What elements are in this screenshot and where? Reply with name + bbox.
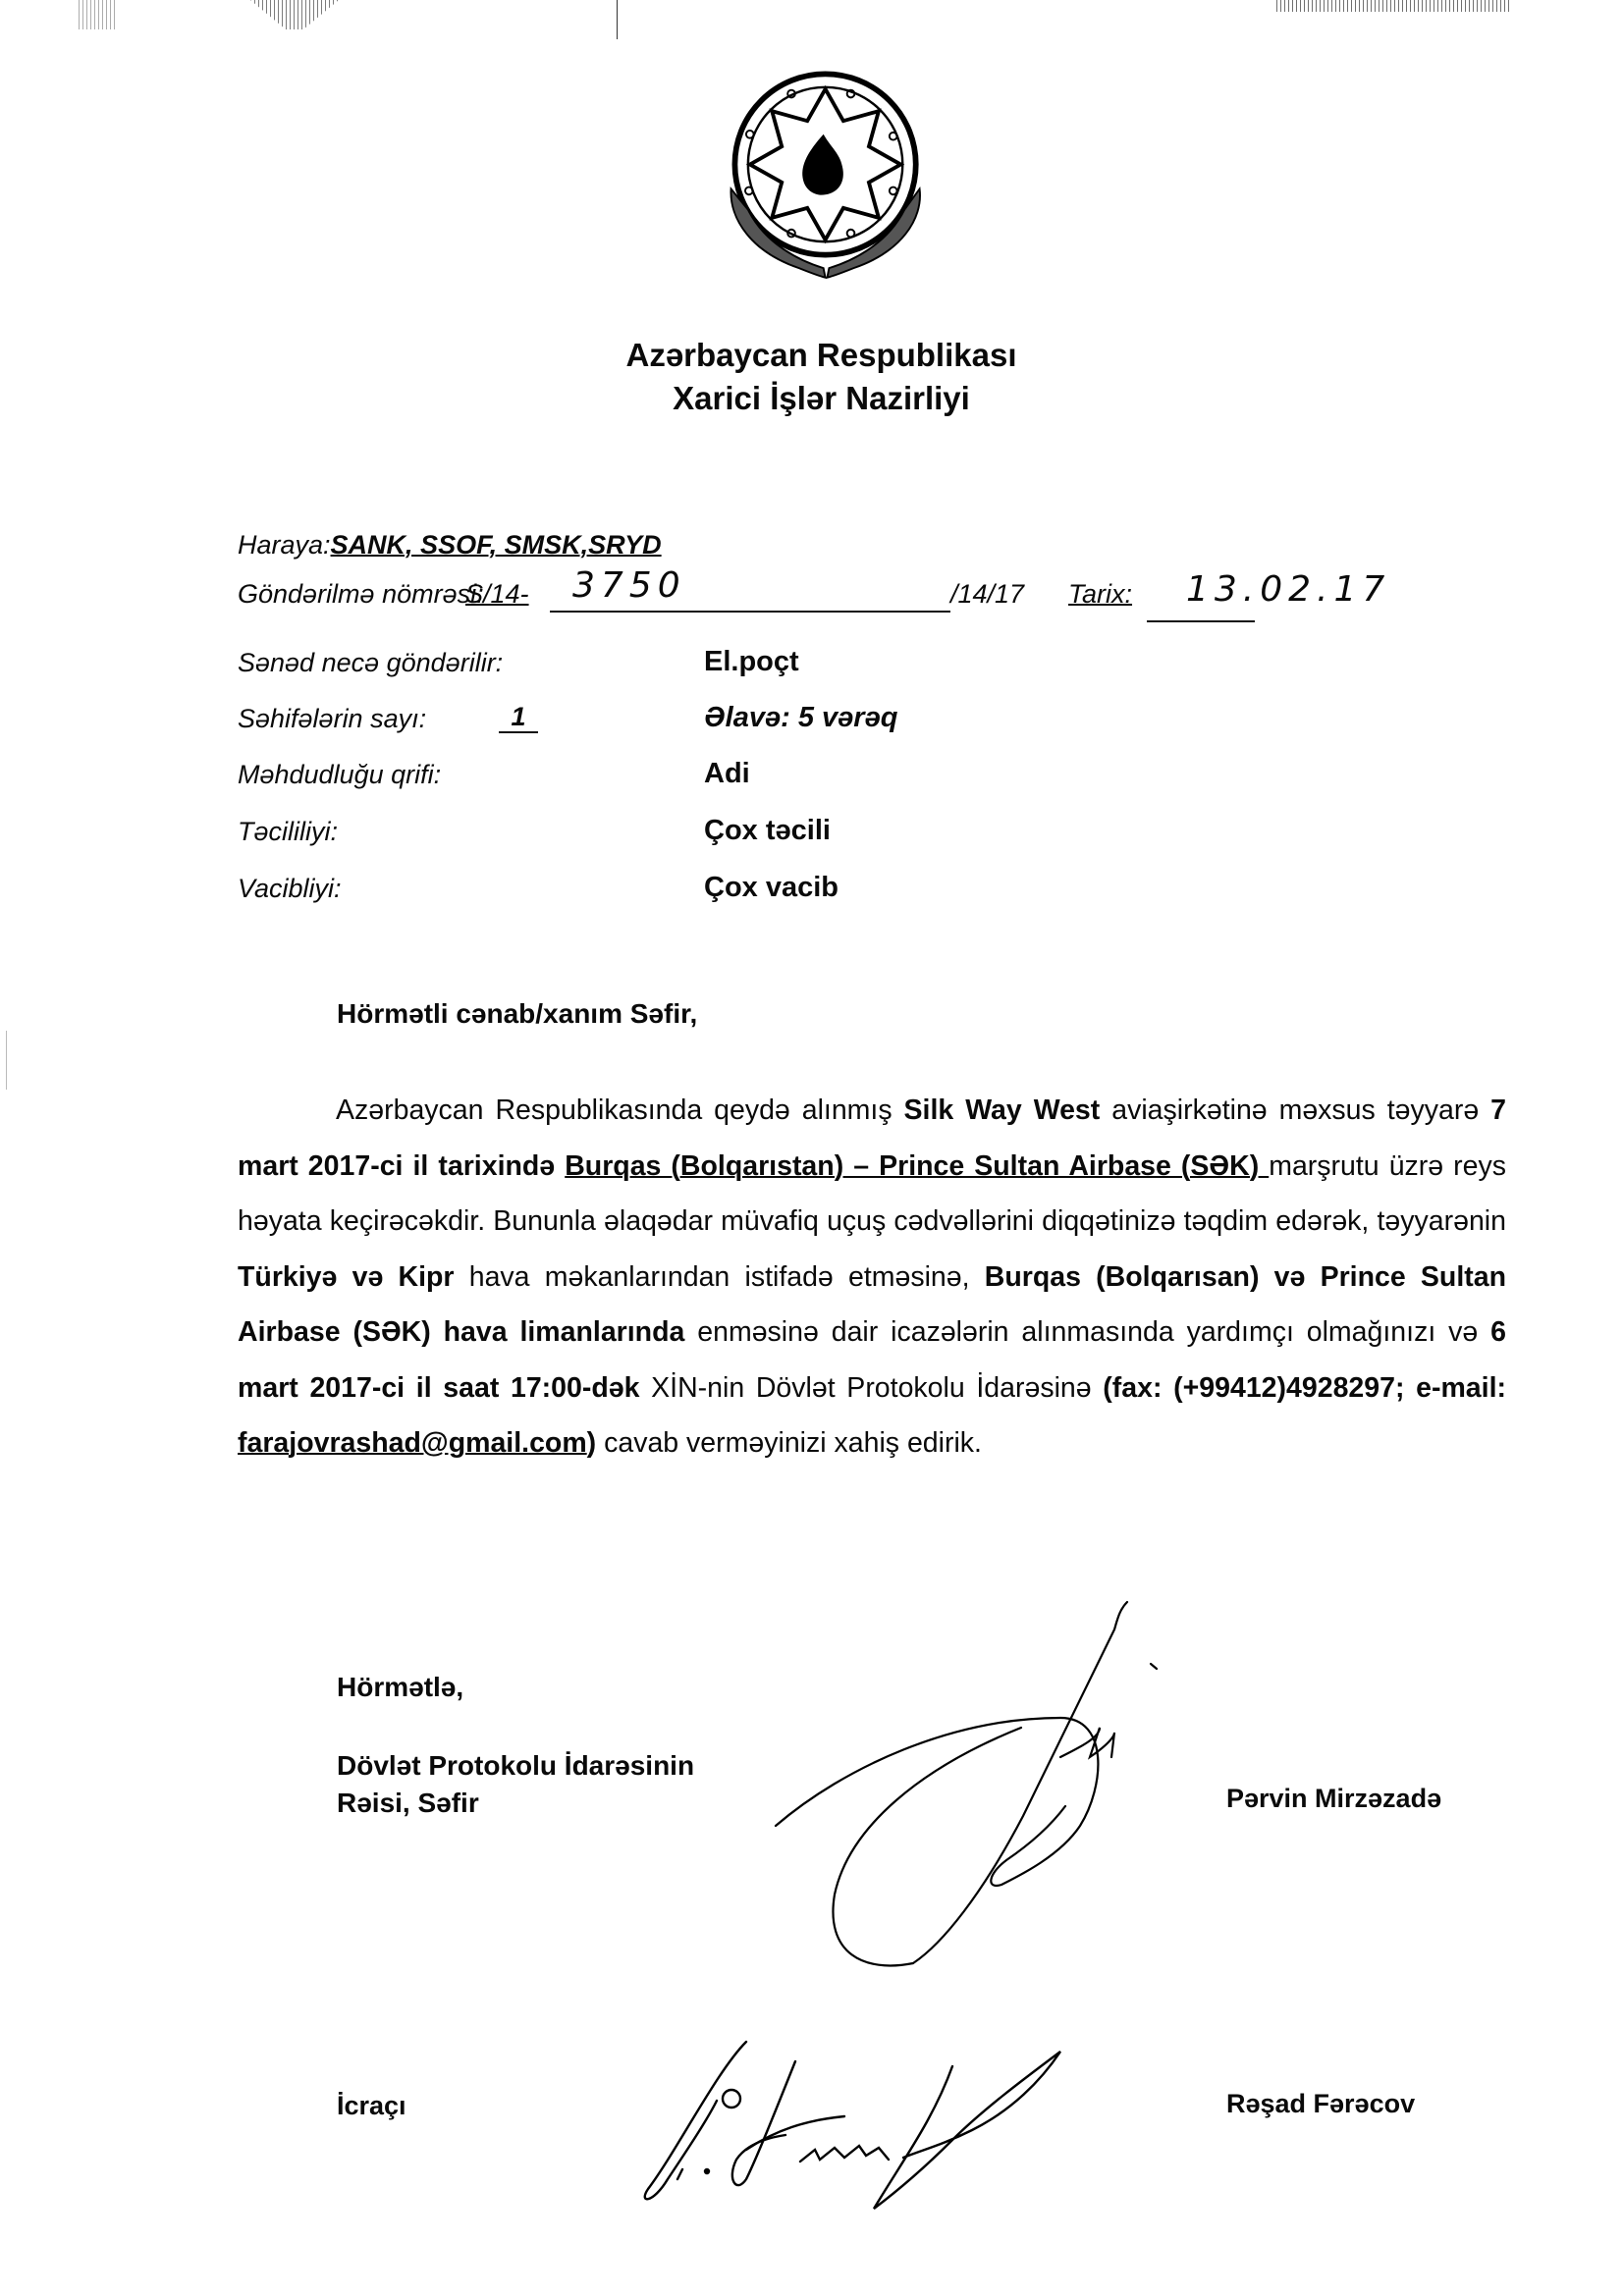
body-segment: ) bbox=[587, 1427, 597, 1459]
body-segment: (fax: (+99412)4928297; e-mail: bbox=[1103, 1372, 1506, 1404]
body-segment: Silk Way West bbox=[904, 1095, 1101, 1126]
recipient-value: SANK, SSOF, SMSK,SRYD bbox=[331, 530, 662, 560]
field-label-restriction: Məhdudluğu qrifi: bbox=[238, 758, 441, 791]
ministry-title-line1: Azərbaycan Respublikası bbox=[0, 334, 1623, 377]
field-label-importance: Vacibliyi: bbox=[238, 872, 342, 905]
scan-noise bbox=[1276, 0, 1512, 12]
body-segment: farajovrashad@gmail.com bbox=[238, 1427, 587, 1459]
field-value-restriction: Adi bbox=[704, 757, 750, 790]
scan-line bbox=[617, 0, 618, 39]
closing-regards: Hörmətlə, bbox=[337, 1669, 463, 1706]
letter-body: Azərbaycan Respublikasında qeydə alınmış… bbox=[238, 1083, 1506, 1471]
field-value-pages: 1 bbox=[499, 702, 538, 733]
body-segment: Burqas (Bolqarıstan) – Prince Sultan Air… bbox=[565, 1150, 1269, 1182]
body-segment: aviaşirkətinə məxsus təyyarə bbox=[1100, 1095, 1490, 1126]
field-label-urgency: Təcililiyi: bbox=[238, 815, 338, 848]
azerbaijan-coat-of-arms-icon bbox=[712, 59, 943, 294]
ministry-title-line2: Xarici İşlər Nazirliyi bbox=[0, 377, 1623, 420]
body-segment: hava məkanlarından istifadə etməsinə, bbox=[455, 1261, 985, 1293]
closing-position-line2: Rəisi, Səfir bbox=[337, 1785, 479, 1822]
closing-position-line1: Dövlət Protokolu İdarəsinin bbox=[337, 1747, 694, 1785]
body-segment: XİN-nin Dövlət Protokolu İdarəsinə bbox=[639, 1372, 1103, 1404]
field-value-attachment: Əlavə: 5 vərəq bbox=[704, 701, 897, 734]
signature-executor bbox=[609, 2012, 1070, 2228]
scan-noise bbox=[79, 0, 118, 29]
send-number-prefix: S/14- bbox=[465, 577, 529, 611]
signature-ambassador bbox=[766, 1561, 1227, 1973]
date-underline bbox=[1147, 620, 1255, 622]
body-segment: cavab verməyinizi xahiş edirik. bbox=[596, 1427, 982, 1459]
executor-label: İcraçı bbox=[337, 2091, 406, 2121]
send-number-suffix: /14/17 bbox=[950, 577, 1024, 611]
field-label-delivery: Sənəd necə göndərilir: bbox=[238, 646, 503, 679]
body-segment: Azərbaycan Respublikasında qeydə alınmış bbox=[336, 1095, 904, 1126]
send-number-handwritten: 3750 bbox=[572, 565, 686, 606]
scan-noise bbox=[250, 0, 339, 29]
executor-name: Rəşad Fərəcov bbox=[1226, 2089, 1415, 2119]
field-value-delivery: El.poçt bbox=[704, 645, 799, 678]
send-number-underline bbox=[550, 611, 950, 613]
recipient-label: Haraya: bbox=[238, 530, 331, 560]
recipient-field: Haraya:SANK, SSOF, SMSK,SRYD bbox=[238, 528, 662, 561]
field-label-pages: Səhifələrin sayı: bbox=[238, 702, 426, 735]
date-label: Tarix: bbox=[1068, 577, 1132, 611]
send-number-label: Göndərilmə nömrəsi: bbox=[238, 577, 484, 611]
signer-name: Pərvin Mirzəzadə bbox=[1226, 1784, 1441, 1814]
body-segment: Türkiyə və Kipr bbox=[238, 1261, 455, 1293]
scan-line bbox=[6, 1031, 7, 1090]
salutation: Hörmətli cənab/xanım Səfir, bbox=[337, 998, 697, 1030]
field-value-importance: Çox vacib bbox=[704, 871, 839, 904]
date-handwritten: 13.02.17 bbox=[1186, 569, 1390, 610]
body-segment: enməsinə dair icazələrin alınmasında yar… bbox=[684, 1316, 1490, 1348]
field-value-urgency: Çox təcili bbox=[704, 814, 831, 847]
